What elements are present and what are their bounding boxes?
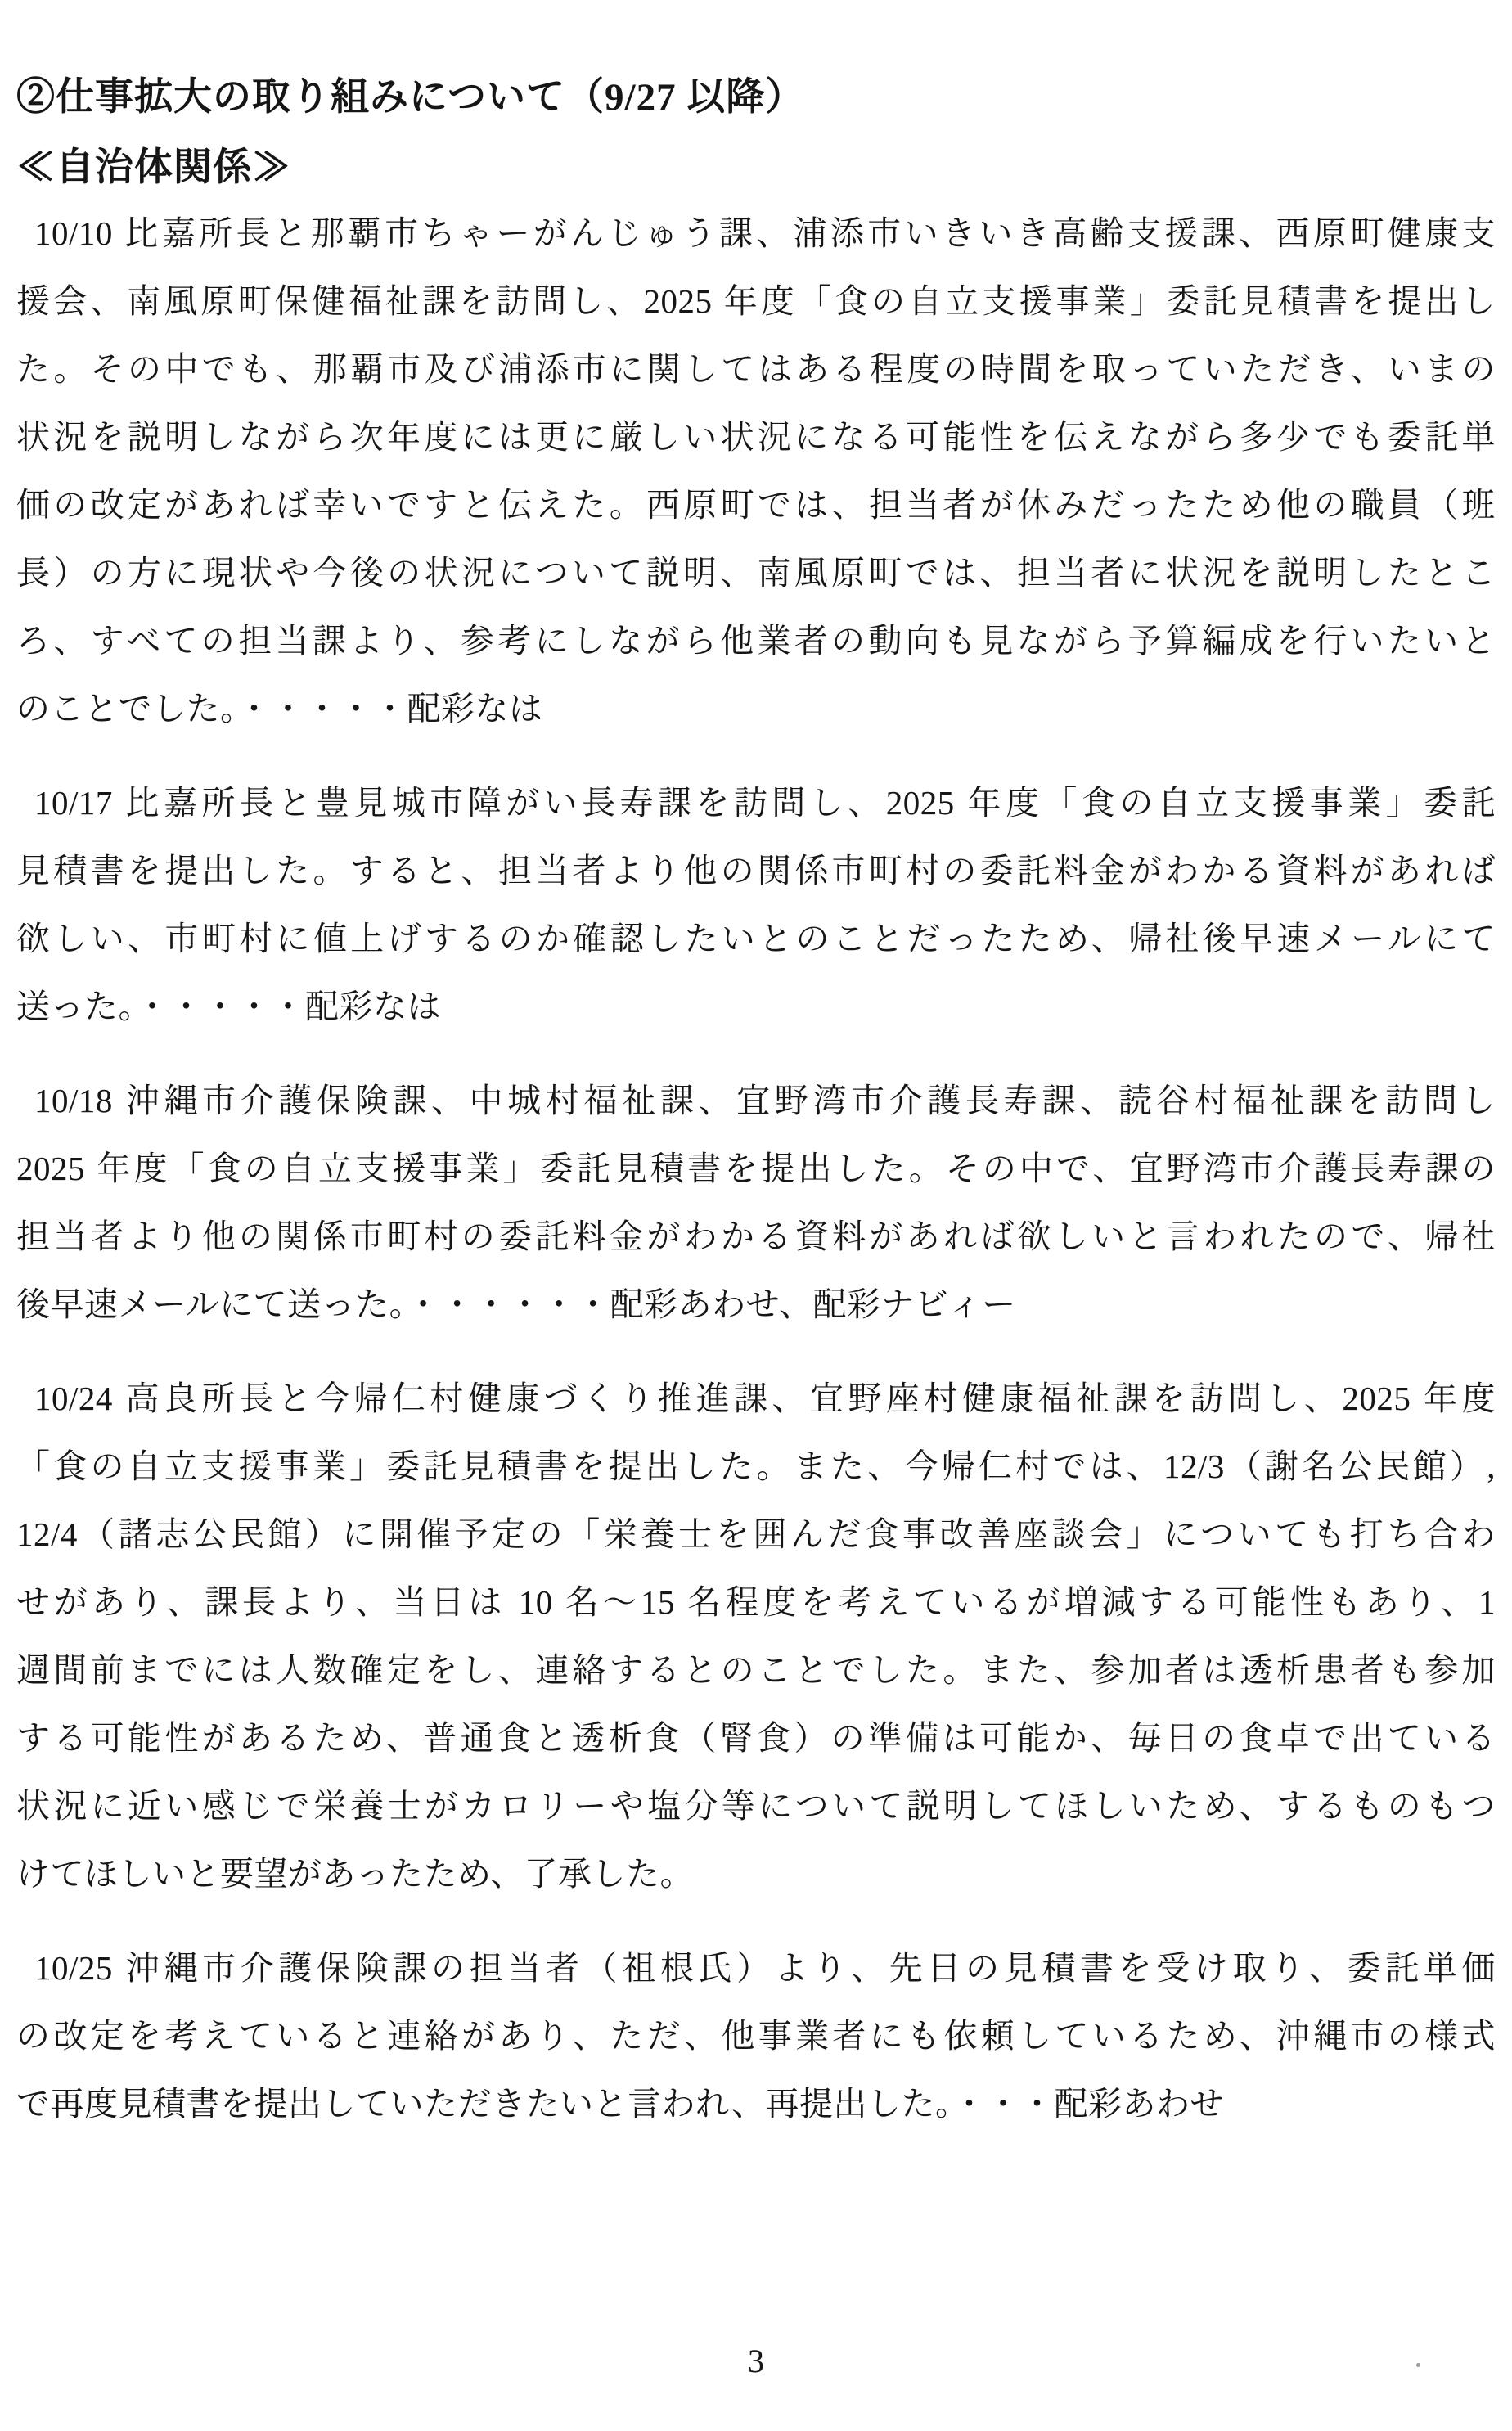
- paragraph: 10/10 比嘉所長と那覇市ちゃーがんじゅう課、浦添市いきいき高齢支援課、西原町…: [16, 200, 1496, 743]
- document-page: ②仕事拡大の取り組みについて（9/27 以降） ≪自治体関係≫ 10/10 比嘉…: [0, 0, 1512, 2431]
- paragraph: 10/17 比嘉所長と豊見城市障がい長寿課を訪問し、2025 年度「食の自立支援…: [16, 769, 1496, 1041]
- text-line: 「食の自立支援事業」委託見積書を提出した。また、今帰仁村では、12/3（謝名公民…: [16, 1433, 1496, 1501]
- text-line: 担当者より他の関係市町村の委託料金がわかる資料があれば欲しいと言われたので、帰社: [16, 1203, 1496, 1271]
- text-line: 欲しい、市町村に値上げするのか確認したいとのことだったため、帰社後早速メールにて: [16, 905, 1496, 973]
- text-line: 見積書を提出した。すると、担当者より他の関係市町村の委託料金がわかる資料があれば: [16, 837, 1496, 905]
- text-line: 長）の方に現状や今後の状況について説明、南風原町では、担当者に状況を説明したとこ: [16, 539, 1496, 607]
- text-line: せがあり、課長より、当日は 10 名～15 名程度を考えているが増減する可能性も…: [16, 1569, 1496, 1636]
- text-line: 10/10 比嘉所長と那覇市ちゃーがんじゅう課、浦添市いきいき高齢支援課、西原町…: [16, 200, 1496, 268]
- text-line: 12/4（諸志公民館）に開催予定の「栄養士を囲んだ食事改善座談会」についても打ち…: [16, 1501, 1496, 1569]
- text-line: 援会、南風原町保健福祉課を訪問し、2025 年度「食の自立支援事業」委託見積書を…: [16, 268, 1496, 335]
- section-heading: ≪自治体関係≫: [16, 142, 1496, 193]
- paragraph: 10/25 沖縄市介護保険課の担当者（祖根氏）より、先日の見積書を受け取り、委託…: [16, 1934, 1496, 2138]
- text-line: 状況に近い感じで栄養士がカロリーや塩分等について説明してほしいため、するものもつ: [16, 1772, 1496, 1840]
- text-line: で再度見積書を提出していただきたいと言われ、再提出した。・・・配彩あわせ: [16, 2070, 1496, 2138]
- text-line: 価の改定があれば幸いですと伝えた。西原町では、担当者が休みだったため他の職員（班: [16, 471, 1496, 539]
- text-line: けてほしいと要望があったため、了承した。: [16, 1840, 1496, 1908]
- text-line: する可能性があるため、普通食と透析食（腎食）の準備は可能か、毎日の食卓で出ている: [16, 1704, 1496, 1772]
- text-line: 10/18 沖縄市介護保険課、中城村福祉課、宜野湾市介護長寿課、読谷村福祉課を訪…: [16, 1067, 1496, 1135]
- text-line: 週間前までには人数確定をし、連絡するとのことでした。また、参加者は透析患者も参加: [16, 1636, 1496, 1704]
- text-line: 送った。・・・・・配彩なは: [16, 973, 1496, 1041]
- text-line: 10/24 高良所長と今帰仁村健康づくり推進課、宜野座村健康福祉課を訪問し、20…: [16, 1365, 1496, 1433]
- text-line: ろ、すべての担当課より、参考にしながら他業者の動向も見ながら予算編成を行いたいと: [16, 607, 1496, 675]
- text-line: 後早速メールにて送った。・・・・・・配彩あわせ、配彩ナビィー: [16, 1271, 1496, 1339]
- text-line: 10/17 比嘉所長と豊見城市障がい長寿課を訪問し、2025 年度「食の自立支援…: [16, 769, 1496, 837]
- text-line: の改定を考えていると連絡があり、ただ、他事業者にも依頼しているため、沖縄市の様式: [16, 2002, 1496, 2070]
- paragraph: 10/18 沖縄市介護保険課、中城村福祉課、宜野湾市介護長寿課、読谷村福祉課を訪…: [16, 1067, 1496, 1339]
- scan-speck-artifact: [1416, 2363, 1420, 2367]
- text-line: た。その中でも、那覇市及び浦添市に関してはある程度の時間を取っていただき、いまの: [16, 335, 1496, 403]
- page-title: ②仕事拡大の取り組みについて（9/27 以降）: [16, 72, 1496, 123]
- text-line: のことでした。・・・・・配彩なは: [16, 675, 1496, 743]
- text-line: 状況を説明しながら次年度には更に厳しい状況になる可能性を伝えながら多少でも委託単: [16, 403, 1496, 471]
- paragraph: 10/24 高良所長と今帰仁村健康づくり推進課、宜野座村健康福祉課を訪問し、20…: [16, 1365, 1496, 1908]
- document-body: 10/10 比嘉所長と那覇市ちゃーがんじゅう課、浦添市いきいき高齢支援課、西原町…: [16, 200, 1496, 2138]
- page-number: 3: [16, 2341, 1496, 2382]
- text-line: 2025 年度「食の自立支援事業」委託見積書を提出した。その中で、宜野湾市介護長…: [16, 1135, 1496, 1203]
- text-line: 10/25 沖縄市介護保険課の担当者（祖根氏）より、先日の見積書を受け取り、委託…: [16, 1934, 1496, 2002]
